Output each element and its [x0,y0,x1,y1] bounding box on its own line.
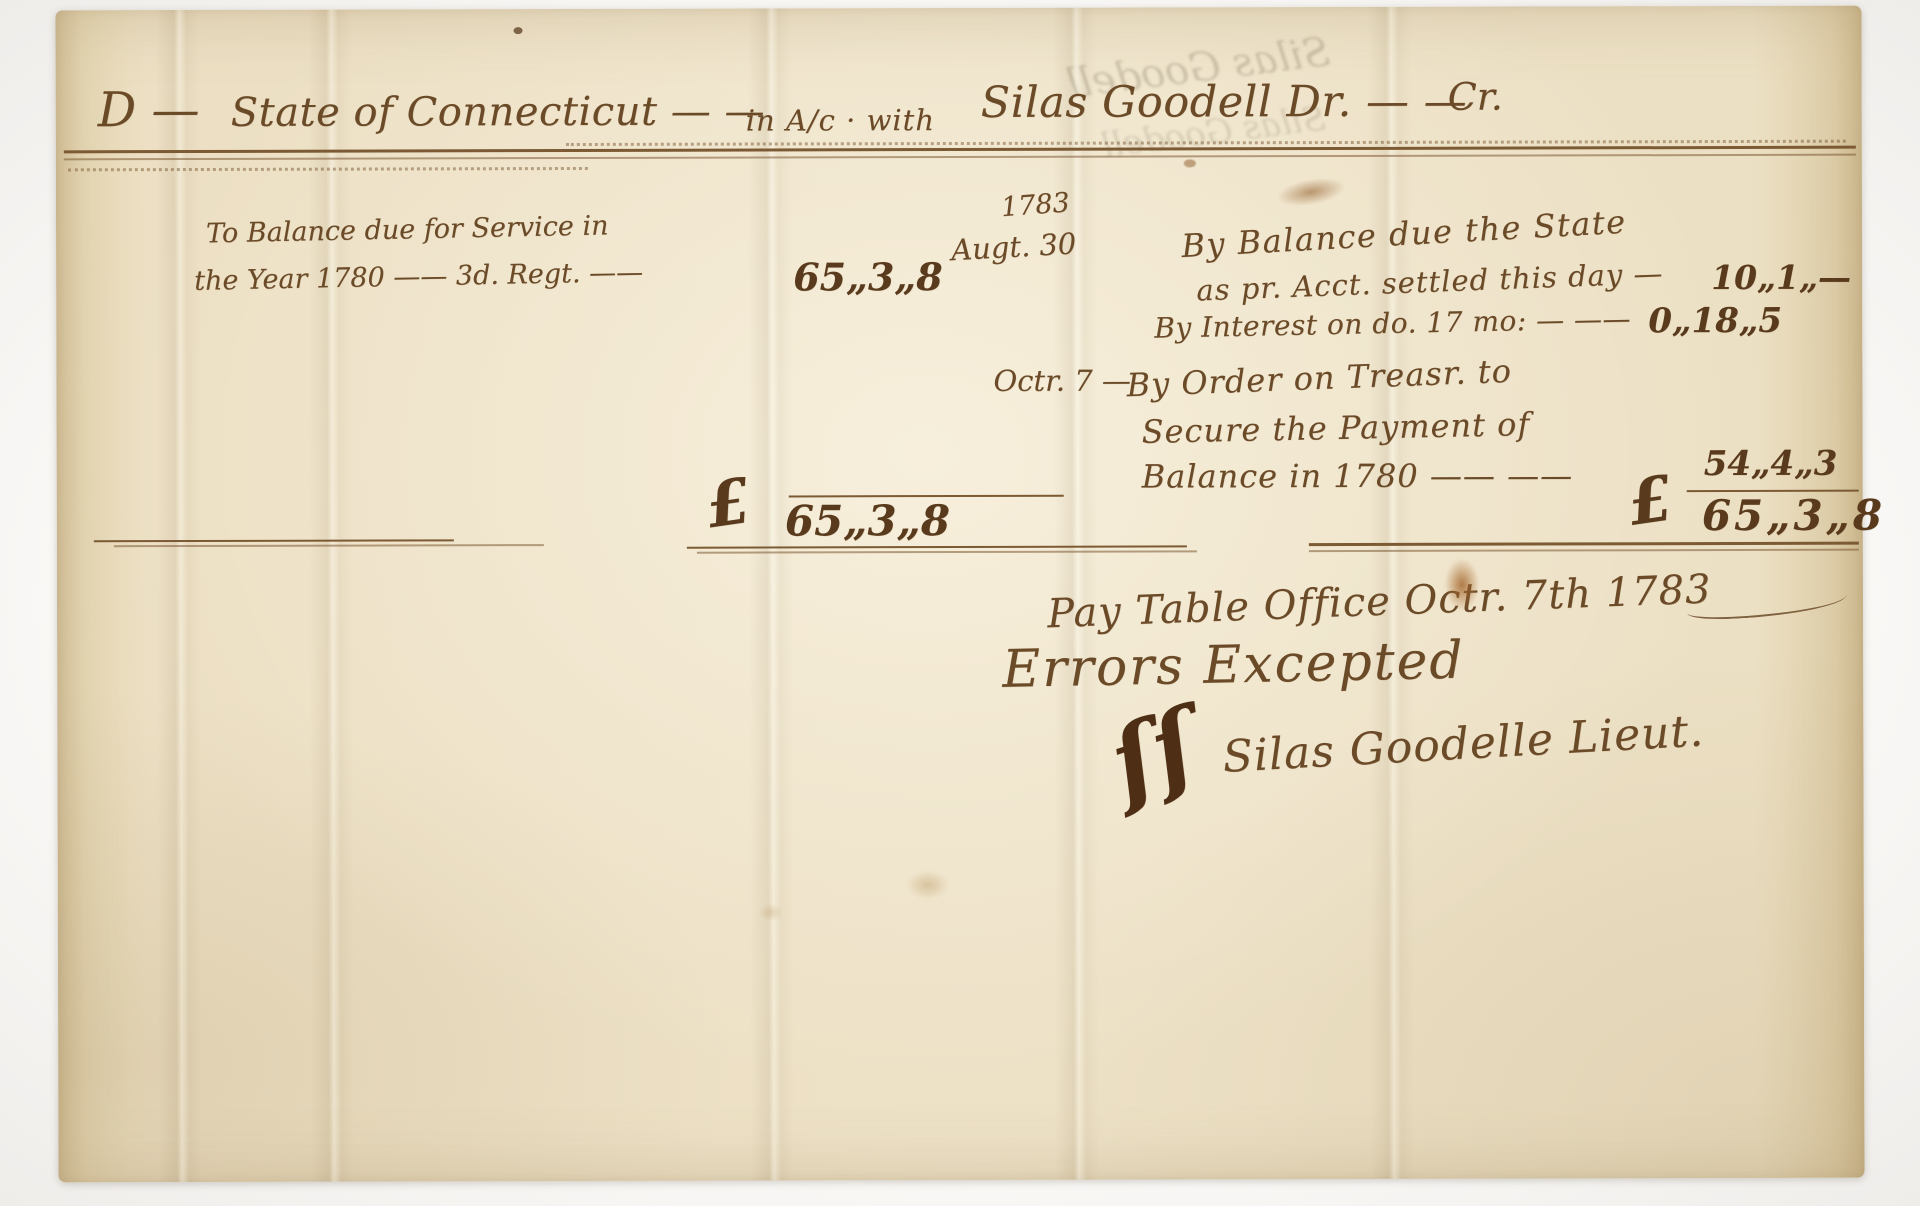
signature: Silas Goodelle Lieut. [1221,705,1705,782]
credit-abbreviation: Cr. [1448,75,1503,119]
right-total-amount: 65„3„8 [1702,491,1885,540]
left-total-underline [697,550,1197,553]
credit-entry-line: By Balance due the State [1180,203,1627,265]
credit-entry-line: Balance in 1780 —— —— [1142,456,1573,495]
left-balance-rule [94,539,454,542]
left-total-amount: 65„3„8 [785,496,950,545]
account-connector: in A/c · with [746,103,935,137]
left-total-currency: £ [702,464,755,542]
credit-entry-amount: 0„18„5 [1648,301,1782,341]
account-title: State of Connecticut — — [231,89,765,136]
ink-speck [514,27,523,34]
right-total-underline [1309,549,1859,552]
credit-entry-line: Secure the Payment of [1141,405,1530,451]
debit-entry-line2: the Year 1780 —— 3d. Regt. —— [194,257,644,297]
left-balance-rule [114,544,544,547]
credit-entry-line: By Order on Treasr. to [1126,352,1513,404]
fold-crease [155,10,202,1182]
fold-crease [747,8,794,1180]
credit-entry-line: as pr. Acct. settled this day — [1196,256,1664,308]
ink-speck [1184,159,1196,167]
right-total-currency: £ [1624,462,1677,540]
errors-excepted-line: Errors Excepted [1002,631,1466,700]
credit-entry-date: Octr. 7 — [993,364,1131,398]
debit-abbreviation: D — [98,82,200,138]
header-rule-bottom [64,154,1856,161]
header-rule-dotted [68,167,588,171]
fold-crease [307,10,354,1182]
faint-stain [758,903,784,921]
faint-stain [906,870,950,900]
credit-entry-date: Augt. 30 [950,226,1077,267]
account-holder-name: Silas Goodell Dr. — — [981,77,1468,128]
debit-entry-line1: To Balance due for Service in [206,210,609,249]
ink-blot [1274,173,1347,211]
signature-flourish: ſſ [1097,687,1211,820]
left-total-underline [687,545,1187,548]
header-rule-top [64,146,1856,154]
credit-year: 1783 [1000,187,1071,223]
credit-entry-amount: 10„1„— [1711,258,1851,297]
manuscript-paper: Silas Goodell Silas Goodell D — State of… [55,6,1864,1183]
credit-entry-amount: 54„4„3 [1704,444,1838,484]
right-total-underline [1309,542,1859,546]
debit-amount: 65„3„8 [793,254,943,299]
credit-entry-line: By Interest on do. 17 mo: — —— [1154,302,1631,345]
pay-table-office-line: Pay Table Office Octr. 7th 1783 [1046,566,1712,637]
